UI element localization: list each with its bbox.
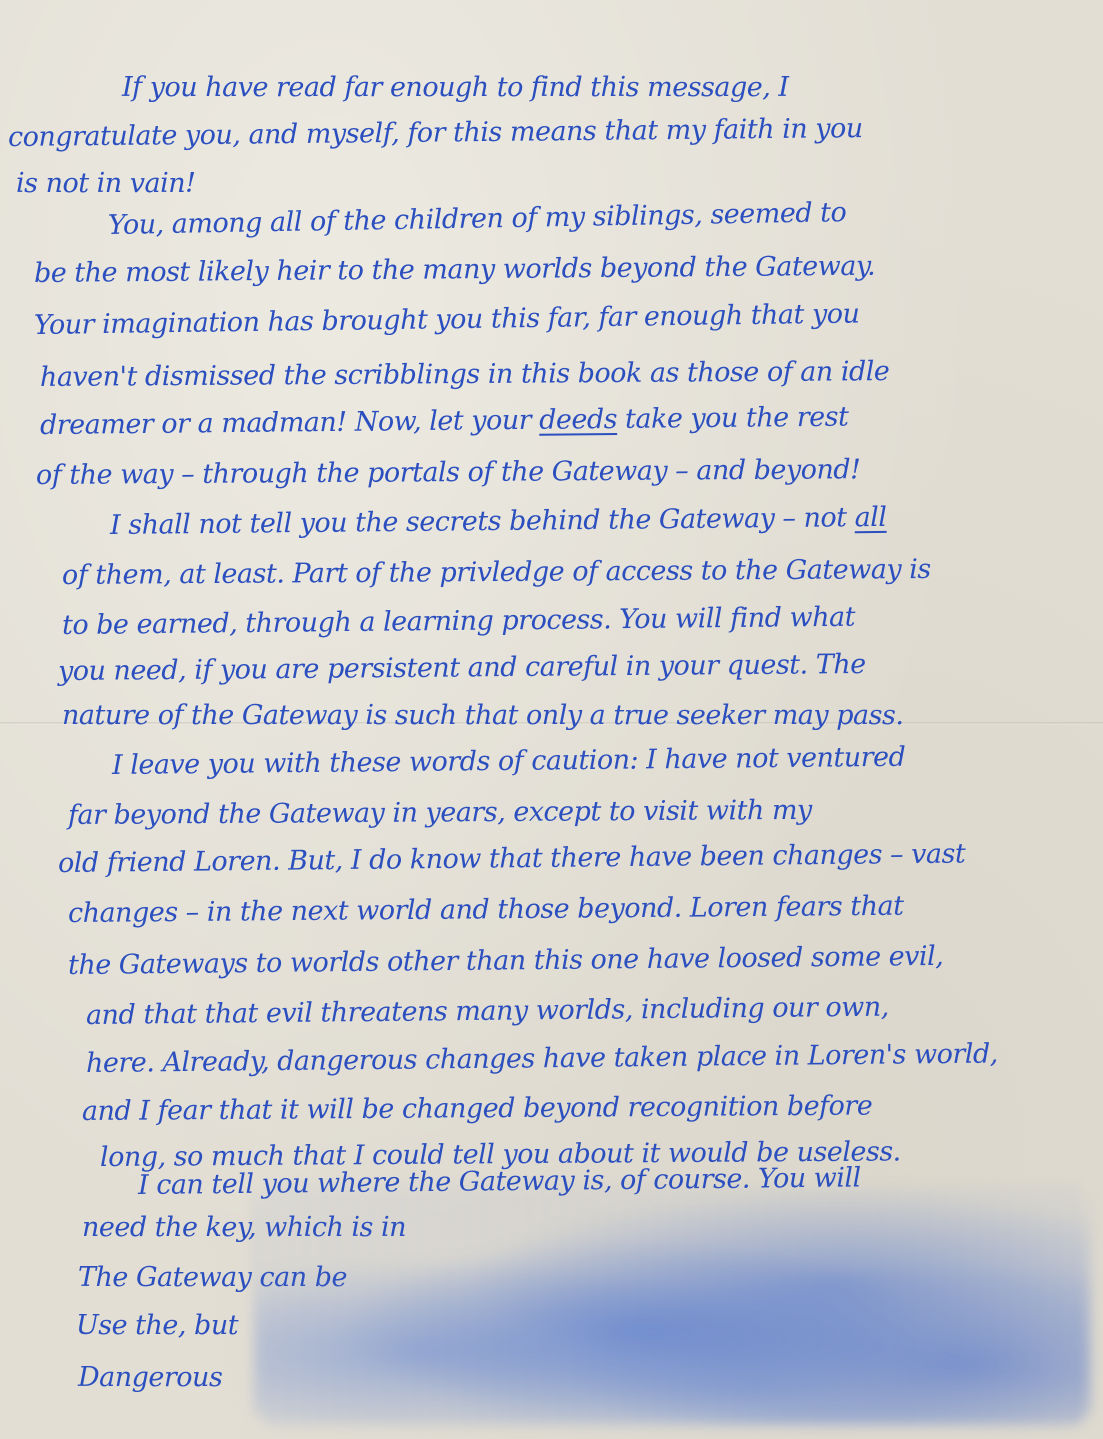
underlined-word-all: all <box>854 502 886 533</box>
letter-line: is not in vain! <box>16 168 195 199</box>
letter-line: Dangerous <box>78 1362 222 1393</box>
letter-line: far beyond the Gateway in years, except … <box>68 795 812 831</box>
letter-line: haven't dismissed the scribblings in thi… <box>40 356 890 393</box>
underlined-word-deeds: deeds <box>539 404 617 436</box>
line-text: take you the rest <box>617 402 849 435</box>
letter-line: Use the, but <box>76 1310 238 1341</box>
ink-smudge-illegible-region <box>255 1185 1090 1425</box>
letter-line: If you have read far enough to find this… <box>122 72 789 103</box>
letter-line: and I fear that it will be changed beyon… <box>82 1090 872 1127</box>
letter-line: of them, at least. Part of the privledge… <box>62 554 931 591</box>
line-text: dreamer or a madman! Now, let your <box>40 405 539 441</box>
letter-line: nature of the Gateway is such that only … <box>62 700 903 731</box>
letter-line: of the way – through the portals of the … <box>36 454 861 491</box>
